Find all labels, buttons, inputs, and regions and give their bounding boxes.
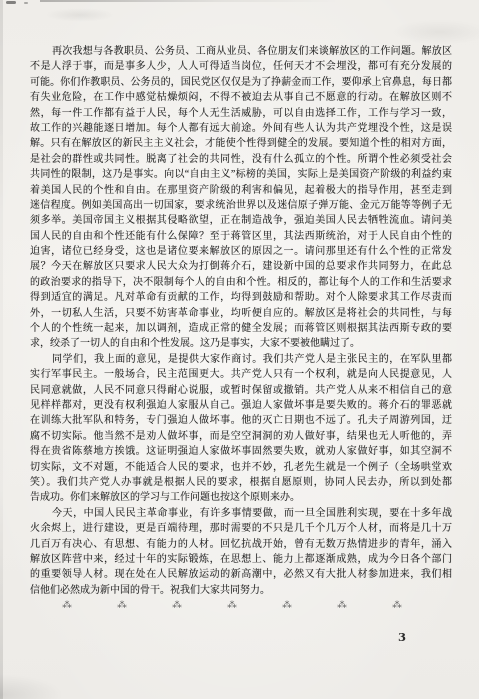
asterism-ornament: ⁂ [282, 601, 292, 611]
text-line: 笑）。我们共产党人办事就是根据人民的要求，根据自愿原则，协同人民去办，所以到处都 [30, 475, 452, 490]
ornament-divider: ⁂⁂⁂⁂⁂⁂⁂ [62, 600, 402, 611]
text-line: 迫害，诸位已经身受，这也是诸位要来解放区的原因之一。请问那里还有什么个性的正常发 [30, 244, 452, 259]
asterism-ornament: ⁂ [227, 601, 237, 611]
paragraph: 再次我想与各教职员、公务员、工商从业员、各位朋友们来谈解放区的工作问题。解放区不… [30, 44, 452, 352]
text-line: 同学们，我上面的意见，是提供大家作商讨。我们共产党人是主张民主的，在军队里都 [30, 352, 452, 367]
text-line: 解。只有在解放区的新民主主义社会，才能使个性得到健全的发展。要知道个性的相对方面… [30, 136, 452, 151]
text-line: 腐不切实际。他当然不是劝人做坏事，而是空空洞洞的劝人做好事，结果也无人听他的，弄 [30, 429, 452, 444]
text-line: 故工作的兴趣能逐日增加。每个人都有远大前途。外间有些人认为共产党埋没个性，这是误 [30, 121, 452, 136]
asterism-ornament: ⁂ [337, 601, 347, 611]
scan-edge-artifact [40, 0, 340, 2]
text-line: 着美国人民的个性和自由。在那里资产阶级的利害和偏见，起着极大的指导作用，甚至走到 [30, 183, 452, 198]
asterism-ornament: ⁂ [392, 601, 402, 611]
text-line: 得在贵省陈蔡地方挨饿。这证明强迫人家做坏事固然要失败，就劝人家做好事，如其空洞不 [30, 444, 452, 459]
text-line: 有失业危险，在工作中感觉枯燥烦闷，不得不被迫去从事自己不愿意的行动。在解放区则不 [30, 90, 452, 105]
asterism-ornament: ⁂ [62, 601, 72, 611]
paragraph: 今天，中国人民民主革命事业，有许多事情要做，而一旦全国胜利实现，要在十多年战火余… [30, 506, 452, 598]
text-line: 个人的个性统一起来，加以调剂，造成正常的健全发展；而蒋管区则根据其法西斯专政的要 [30, 321, 452, 336]
text-line: 火余烬上，进行建设，更是百端待理，那时需要的不只是几千个几万个人材，而将是几十万 [30, 521, 452, 536]
scanned-page: 再次我想与各教职员、公务员、工商从业员、各位朋友们来谈解放区的工作问题。解放区不… [0, 0, 479, 699]
text-line: 告成功。你们来解放区的学习与工作问题也按这个原则来办。 [30, 490, 452, 505]
text-line: 可能。你们作教职员、公务员的，国民党区仅仅是为了挣薪金而工作，要仰承上官鼻息，每… [30, 75, 452, 90]
text-line: 信他们必然成为新中国的骨干。祝我们大家共同努力。 [30, 583, 452, 598]
text-line: 然，每一件工作都有益于人民，每个人无生活威胁，可以自由选择工作，工作与学习一致， [30, 106, 452, 121]
scan-speck [6, 1, 16, 4]
text-line: 解放区阵营中来，经过十年的实际锻炼，在思想上、能力上都逐渐成熟，成为今日各个部门 [30, 552, 452, 567]
text-line: 迷信程度。例如美国高出一切国家，要求统治世界以及迷信原子弹万能、金元万能等等例子… [30, 198, 452, 213]
text-line: 实行军事民主。一般场合，民主范围更大。共产党人只有一个权利，就是向人民提意见，人 [30, 367, 452, 382]
page-number: 3 [398, 630, 407, 644]
text-line: 是社会的群性或共同性。脱离了社会的共同性，没有什么孤立的个性。所谓个性必须受社会 [30, 152, 452, 167]
text-line: 今天，中国人民民主革命事业，有许多事情要做，而一旦全国胜利实现，要在十多年战 [30, 506, 452, 521]
scan-edge-artifact [0, 0, 3, 699]
asterism-ornament: ⁂ [117, 601, 127, 611]
text-line: 再次我想与各教职员、公务员、工商从业员、各位朋友们来谈解放区的工作问题。解放区 [30, 44, 452, 59]
text-line: 不是人浮于事，而是事多人少，人人可得适当岗位，任何天才不会埋没，都可有充分发展的 [30, 59, 452, 74]
text-line: 须多举。美国帝国主义根据其侵略欲望，正在制造战争，强迫美国人民去牺牲流血。请问美 [30, 213, 452, 228]
text-line: 得到适宜的满足。凡对革命有贡献的工作，均得到鼓励和帮助。对个人除要求其工作尽责而 [30, 290, 452, 305]
document-text: 再次我想与各教职员、公务员、工商从业员、各位朋友们来谈解放区的工作问题。解放区不… [30, 44, 452, 598]
text-line: 外，一切私人生活，只要不妨害革命事业，均听便自应的。解放区是将社会的共同性，与每 [30, 306, 452, 321]
text-line: 见样样都对，更没有权利强迫人家服从自己。强迫人家做坏事是要失败的。蒋介石的罪恶就 [30, 398, 452, 413]
text-line: 展？今天在解放区只要求人民大众为打倒蒋介石，建设新中国的总要求作共同努力，在此总 [30, 259, 452, 274]
text-line: 的重要领导人材。现在处在人民解放运动的新高潮中，必然又有大批人材参加进来，我们相 [30, 567, 452, 582]
text-line: 共同性的限制，这乃是事实。向以“自由主义”标榜的美国，实际上是美国资产阶级的利益… [30, 167, 452, 182]
text-line: 在训练大批军队和特务，专门强迫人做坏事。他的灭亡日期也不远了。孔夫子周游列国，迂 [30, 413, 452, 428]
text-line: 国人民的自由和个性还能有什么保障？至于蒋管区里，其法西斯统治，对于人民自由个性的 [30, 229, 452, 244]
text-line: 民同意就做，人民不同意只得耐心说服，或暂时保留或撤销。共产党人从来不相信自己的意 [30, 383, 452, 398]
text-line: 的政治要求的指导下，决不限制每个人的自由和个性。相反的，都让每个人的工作和生活要… [30, 275, 452, 290]
paragraph: 同学们，我上面的意见，是提供大家作商讨。我们共产党人是主张民主的，在军队里都实行… [30, 352, 452, 506]
text-line: 求，绞杀了一切人的自由和个性发展。这乃是事实，大家不要被他瞒过了。 [30, 336, 452, 351]
text-line: 切实际，文不对题，不能适合人民的要求，也并不妙，孔老先生就是一个例子（全场哄堂欢 [30, 460, 452, 475]
text-line: 几百万有决心、有思想、有能力的人材。回忆抗战开始，曾有无数万热情进步的青年，涌入 [30, 537, 452, 552]
scan-speck [24, 2, 28, 4]
asterism-ornament: ⁂ [172, 601, 182, 611]
